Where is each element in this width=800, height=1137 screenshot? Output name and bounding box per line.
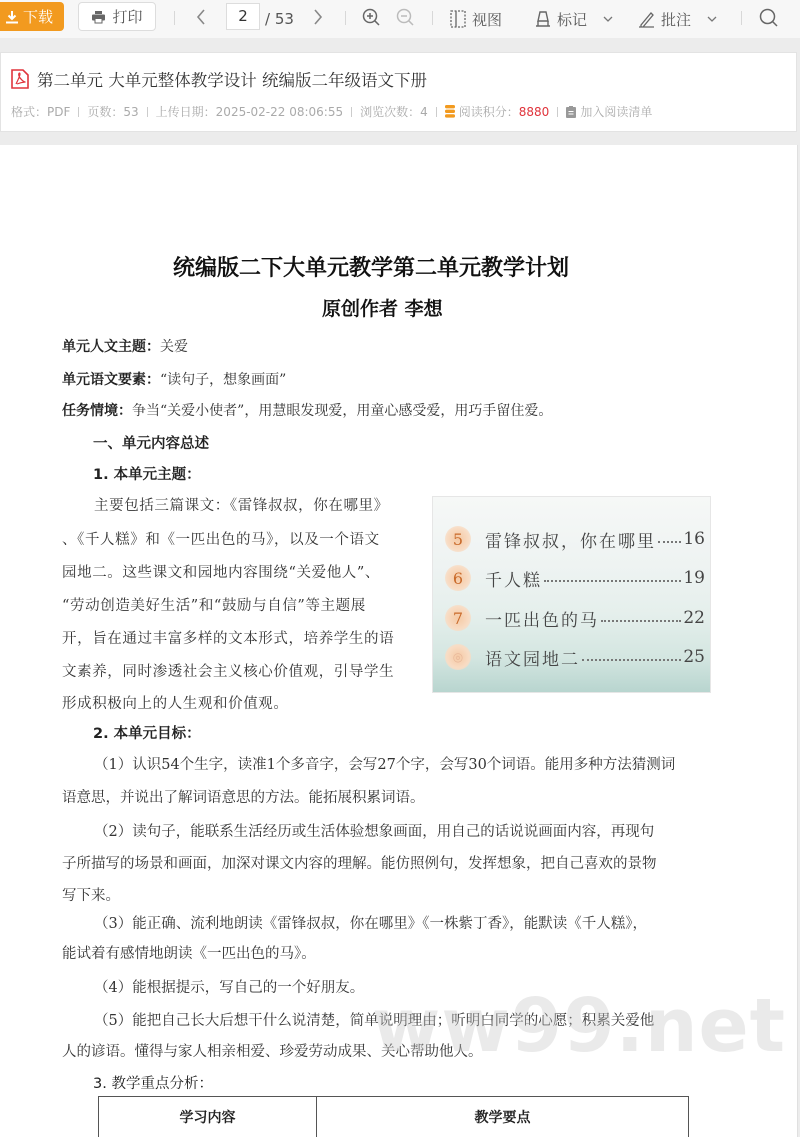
table-header-cell: 学习内容 [99, 1097, 317, 1137]
search-icon [759, 8, 778, 27]
paragraph-line: 文素养，同时渗透社会主义核心价值观，引导学生 [62, 660, 394, 681]
pen-icon [638, 10, 655, 28]
document-info-card: 第二单元 大单元整体教学设计 统编版二年级语文下册 格式：PDF 页数：53 上… [0, 52, 797, 132]
page-heading: 统编版二下大单元教学第二单元教学计划 [173, 251, 569, 282]
toc-number: ◎ [445, 644, 471, 670]
toc-leader-dots [658, 541, 681, 543]
toc-number: 5 [445, 526, 471, 552]
document-meta: 格式：PDF 页数：53 上传日期：2025-02-22 08:06:55 浏览… [11, 103, 652, 120]
toc-page: 19 [683, 568, 705, 588]
document-page: 统编版二下大单元教学第二单元教学计划 原创作者 李想 单元人文主题：关爱 单元语… [0, 145, 798, 1137]
annotate-menu[interactable]: 批注 [638, 0, 717, 38]
mark-label: 标记 [557, 9, 587, 30]
key-points-table: 学习内容 教学要点 [98, 1096, 689, 1137]
section-heading: 一、单元内容总述 [93, 432, 209, 453]
goal-line: 能试着有感情地朗读《一匹出色的马》。 [62, 942, 316, 963]
toc-page: 25 [683, 647, 705, 667]
goal-line: （2）读句子，能联系生活经历或生活体验想象画面，用自己的话说说画面内容，再现句 [94, 820, 654, 841]
toolbar-divider [741, 11, 742, 25]
view-label: 视图 [472, 9, 502, 30]
meta-views: 浏览次数：4 [360, 103, 428, 120]
task-scenario-value: 争当“关爱小使者”，用慧眼发现爱，用童心感受爱，用巧手留住爱。 [132, 403, 552, 419]
page-author: 原创作者 李想 [322, 294, 443, 321]
meta-upload-date: 上传日期：2025-02-22 08:06:55 [156, 103, 343, 120]
add-reading-list-link[interactable]: 加入阅读清单 [566, 103, 652, 120]
toc-number: 6 [445, 565, 471, 591]
toc-entry: 5 雷锋叔叔，你在哪里 16 [445, 525, 705, 553]
toc-page: 16 [683, 529, 705, 549]
table-of-contents-image: 5 雷锋叔叔，你在哪里 16 6 千人糕 19 7 一匹出色的马 22 ◎ 语文… [432, 496, 711, 693]
paragraph-line: 形成积极向上的人生观和价值观。 [62, 692, 289, 713]
paragraph-line: 园地二。这些课文和园地内容围绕“关爱他人”、 [62, 561, 380, 582]
view-icon [450, 10, 466, 28]
subsection-heading: 2. 本单元目标： [93, 722, 201, 743]
watermark: ww99.net [372, 983, 786, 1069]
table-header-cell: 教学要点 [317, 1097, 688, 1137]
clipboard-icon [566, 106, 576, 118]
print-button[interactable]: 打印 [78, 2, 156, 31]
toolbar-divider [345, 11, 346, 25]
meta-format: 格式：PDF [11, 103, 70, 120]
toc-title: 雷锋叔叔，你在哪里 [485, 527, 656, 552]
toc-title: 一匹出色的马 [485, 606, 599, 631]
unit-element-value: “读句子，想象画面” [160, 372, 286, 388]
document-title-text: 第二单元 大单元整体教学设计 统编版二年级语文下册 [37, 67, 427, 91]
total-pages-label: / 53 [265, 10, 294, 28]
download-button[interactable]: 下载 [0, 2, 64, 31]
goal-line: 写下来。 [62, 884, 120, 905]
print-label: 打印 [112, 6, 142, 27]
reading-score-value: 8880 [519, 105, 550, 119]
unit-theme-value: 关爱 [160, 339, 188, 355]
toc-number: 7 [445, 605, 471, 631]
meta-divider [557, 107, 558, 117]
goal-line: （1）认识54个生字，读准1个多音字，会写27个字，会写30个词语。能用多种方法… [94, 753, 675, 774]
meta-divider [78, 107, 79, 117]
toc-page: 22 [683, 608, 705, 628]
view-menu[interactable]: 视图 [450, 0, 502, 38]
task-scenario-label: 任务情境： [62, 403, 132, 419]
toc-title: 语文园地二 [485, 645, 580, 670]
task-scenario: 任务情境：争当“关爱小使者”，用慧眼发现爱，用童心感受爱，用巧手留住爱。 [62, 400, 552, 420]
unit-element: 单元语文要素：“读句子，想象画面” [62, 369, 286, 389]
subsection-heading: 1. 本单元主题： [93, 463, 201, 484]
paragraph-line: 主要包括三篇课文：《雷锋叔叔，你在哪里》 [94, 494, 389, 515]
pdf-icon [11, 69, 29, 89]
add-reading-list-label: 加入阅读清单 [580, 103, 652, 120]
unit-theme: 单元人文主题：关爱 [62, 336, 188, 356]
zoom-in-icon [362, 8, 380, 26]
meta-pages: 页数：53 [87, 103, 138, 120]
chevron-right-icon [313, 9, 323, 25]
download-label: 下载 [23, 6, 53, 27]
toc-title: 千人糕 [485, 566, 542, 591]
toc-entry: ◎ 语文园地二 25 [445, 643, 705, 671]
toc-entry: 6 千人糕 19 [445, 564, 705, 592]
prev-page-button[interactable] [190, 6, 212, 28]
toolbar-divider [174, 11, 175, 25]
meta-divider [436, 107, 437, 117]
paragraph-line: “劳动创造美好生活”和“鼓励与自信”等主题展 [62, 594, 366, 615]
goal-line: 子所描写的场景和画面，加深对课文内容的理解。能仿照例句，发挥想象，把自己喜欢的景… [62, 852, 657, 873]
chevron-down-icon [603, 16, 613, 22]
unit-element-label: 单元语文要素： [62, 372, 160, 388]
document-title: 第二单元 大单元整体教学设计 统编版二年级语文下册 [11, 67, 427, 91]
zoom-out-button[interactable] [394, 6, 416, 28]
download-icon [5, 10, 19, 24]
next-page-button[interactable] [307, 6, 329, 28]
toolbar-divider [432, 11, 433, 25]
chevron-down-icon [707, 16, 717, 22]
toolbar: 下载 打印 2 / 53 视图 标记 批注 [0, 0, 800, 38]
goal-line: （4）能根据提示，写自己的一个好朋友。 [94, 976, 364, 997]
toc-leader-dots [582, 659, 681, 661]
mark-menu[interactable]: 标记 [535, 0, 613, 38]
goal-line: （3）能正确、流利地朗读《雷锋叔叔，你在哪里》《一株紫丁香》，能默读《千人糕》， [94, 912, 647, 933]
reading-score-label: 阅读积分： [459, 103, 519, 120]
highlighter-icon [535, 10, 551, 28]
search-button[interactable] [757, 6, 779, 28]
paragraph-line: 、《千人糕》和《一匹出色的马》，以及一个语文 [62, 528, 380, 549]
toc-leader-dots [601, 620, 681, 622]
total-pages: / 53 [265, 0, 294, 38]
zoom-in-button[interactable] [360, 6, 382, 28]
coins-icon [445, 105, 455, 118]
zoom-out-icon [396, 8, 414, 26]
page-number-input[interactable]: 2 [226, 3, 260, 30]
annotate-label: 批注 [661, 9, 691, 30]
chevron-left-icon [196, 9, 206, 25]
paragraph-line: 开，旨在通过丰富多样的文本形式，培养学生的语 [62, 627, 394, 648]
meta-divider [351, 107, 352, 117]
toc-leader-dots [544, 580, 681, 582]
subsection-heading: 3. 教学重点分析： [93, 1072, 213, 1093]
printer-icon [91, 10, 106, 24]
goal-line: 语意思，并说出了解词语意思的方法。能拓展积累词语。 [62, 786, 425, 807]
toc-entry: 7 一匹出色的马 22 [445, 604, 705, 632]
unit-theme-label: 单元人文主题： [62, 339, 160, 355]
meta-divider [147, 107, 148, 117]
